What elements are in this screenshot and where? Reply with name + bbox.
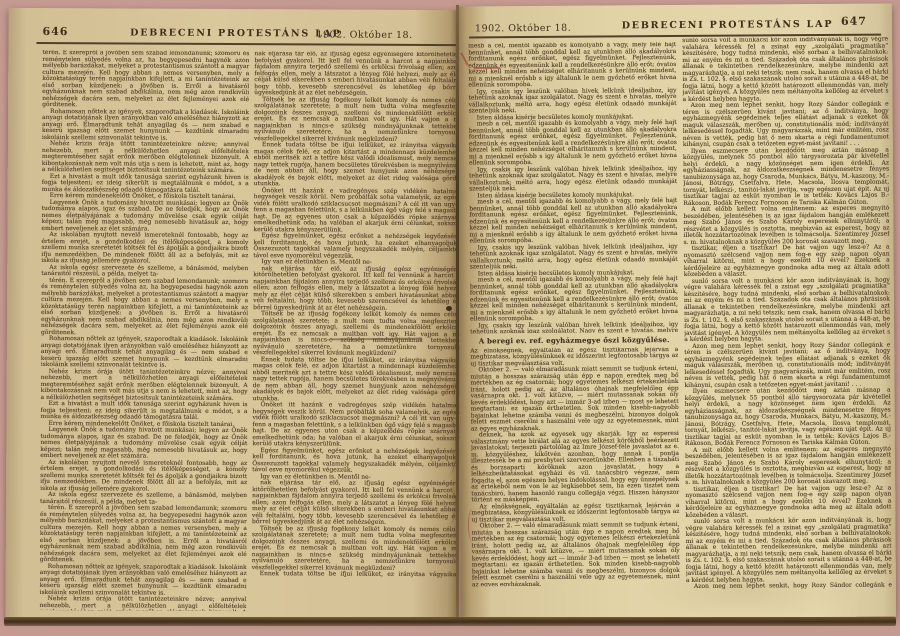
body-paragraph: Ilyen eszmecsere után kezdődött meg aztá… xyxy=(683,147,889,207)
body-paragraph: térén. E szerepről a jövőben sem szabad … xyxy=(41,277,248,337)
body-paragraph: térén. E szerepről a jövőben sem szabad … xyxy=(40,505,247,565)
body-paragraph: Nehéz krizis órája ütött tanintézeteinkr… xyxy=(41,368,248,402)
body-paragraph: mesb a cél, mentől igazabb és komolyabb … xyxy=(469,198,677,245)
body-paragraph: Igy, csakis igy leszünk valóban hivek le… xyxy=(470,243,678,270)
body-paragraph: Ennek tudata töltse be ifjui lelküket, e… xyxy=(252,571,459,578)
body-paragraph: Nehéz krizis órája ütött tanintézeteinkr… xyxy=(39,596,246,611)
left-page-column-1: térén. E szerepről a jövőben sem szabad … xyxy=(39,50,249,611)
body-paragraph: Legyenek Önök a tudomány hivatott munkás… xyxy=(41,199,248,233)
page-edge-shadow xyxy=(4,617,896,626)
section-heading: A beregi ev. ref. egyházmegye őszi közgy… xyxy=(470,337,678,345)
book-gutter xyxy=(456,5,459,619)
body-paragraph: nak eljárása tár elő, az ifjuság egész e… xyxy=(252,480,459,527)
right-page: 1902. Október 18. DEBRECENI PROTESTÁNS L… xyxy=(457,3,896,619)
body-paragraph: Az iskolában nyujtott nevelő ismeretekné… xyxy=(40,459,247,493)
header-rule-left xyxy=(36,42,458,46)
journal-title-right: DEBRECENI PROTESTÁNS LAP xyxy=(605,19,850,32)
body-paragraph: tisztikar, éljen a tisztikar! De hát vaj… xyxy=(684,245,890,279)
body-paragraph: mesb a cél, mentől igazabb és komolyabb … xyxy=(468,42,676,89)
body-paragraph: deknek, ha azok az egyesek ugy akarják. … xyxy=(471,431,679,504)
body-paragraph: Igy, csakis igy leszünk valóban hivek le… xyxy=(469,165,677,192)
body-paragraph: sunló sorsa volt a munkácsi kör azon ind… xyxy=(682,37,888,103)
right-page-number: 647 xyxy=(841,15,867,28)
body-paragraph: Igy, csakis igy leszünk valóban hivek le… xyxy=(470,321,678,333)
right-col1-bottom-text: Az elnökségnek, egyáltalán az egész tisz… xyxy=(470,346,680,585)
body-paragraph: Rohamosan nőttek az igények, szaporodtak… xyxy=(41,336,248,370)
body-paragraph: Ilyen eszmecsere után kezdődött meg aztá… xyxy=(685,388,891,448)
body-paragraph: Igy, csakis igy leszünk valóban hivek le… xyxy=(468,87,676,114)
body-paragraph: térén. E szerepről a jövőben sem szabad … xyxy=(42,50,249,110)
body-paragraph: Október 2. — való elmaradásunk miatt sem… xyxy=(471,522,679,586)
left-page-column-2: nak eljárása tár elő, az ifjuság egész e… xyxy=(252,51,462,578)
scanned-book-spread: { "publication": { "title": "DEBRECENI P… xyxy=(0,0,900,636)
body-paragraph: Töltsék be az ifjuság fogékony lelkét ko… xyxy=(254,97,461,144)
body-paragraph: Ezt a hivatást a mult idők tanusága szer… xyxy=(40,401,247,422)
body-paragraph: Töltsék be az ifjuság fogékony lelkét ko… xyxy=(252,526,459,573)
body-paragraph: Önöket itt hazánk e vadregényes szép vid… xyxy=(253,188,460,235)
body-paragraph: Azon meg nem lephet senkit, hogy Rozy Sá… xyxy=(686,583,892,590)
body-paragraph: Ezt a hivatást a mult idők tanusága szer… xyxy=(42,173,249,194)
body-paragraph: Egész figyelmünket, egész erőnket a nehé… xyxy=(253,233,460,260)
body-paragraph: nak eljárása tár elő, az ifjuság egész e… xyxy=(253,266,460,313)
body-paragraph: Október 2. — való elmaradásunk miatt sem… xyxy=(470,366,678,432)
right-page-column-2: sunló sorsa volt a munkácsi kör azon ind… xyxy=(682,37,892,590)
left-page: 646 DEBRECENI PROTESTÁNS LAP 1902. Októb… xyxy=(5,8,459,620)
body-paragraph: sunló sorsa volt a munkácsi kör azon ind… xyxy=(684,277,890,343)
body-paragraph: Töltsék be az ifjuság fogékony lelkét ko… xyxy=(253,311,460,358)
body-paragraph: Nehéz krizis órája ütött tanintézeteinkr… xyxy=(42,141,249,175)
body-paragraph: A mit előbb kellett volna emlitenem: az … xyxy=(683,206,889,246)
body-paragraph: A mit előbb kellett volna emlitenem: az … xyxy=(685,446,891,486)
issue-date-right: 1902. Október 18. xyxy=(475,23,571,35)
body-paragraph: Ennek tudata töltse be ifjui lelküket, e… xyxy=(254,142,461,189)
body-paragraph: sunló sorsa volt a munkácsi kör azon ind… xyxy=(685,518,891,584)
right-page-column-1: mesb a cél, mentől igazabb és komolyabb … xyxy=(468,42,680,591)
body-paragraph: mesb a cél, mentől igazabb és komolyabb … xyxy=(470,276,678,323)
body-paragraph: Legyenek Önök a tudomány hivatott munkás… xyxy=(40,427,247,461)
issue-date-left: 1902. Október 18. xyxy=(316,29,412,41)
body-paragraph: Egész figyelmünket, egész erőnket a nehé… xyxy=(252,448,459,475)
body-paragraph: Azon meg nem lephet senkit, hogy Rozy Sá… xyxy=(684,342,890,389)
body-paragraph: Önöket itt hazánk e vadregényes szép vid… xyxy=(252,402,459,449)
body-paragraph: Azon meg nem lephet senkit, hogy Rozy Sá… xyxy=(683,102,889,149)
body-paragraph: mesb a cél, mentől igazabb és komolyabb … xyxy=(469,120,677,167)
left-page-number: 646 xyxy=(42,25,68,38)
body-paragraph: Ennek tudata töltse be ifjui lelküket, e… xyxy=(253,357,460,404)
right-col1-top-text: mesb a cél, mentől igazabb és komolyabb … xyxy=(468,42,678,333)
body-paragraph: nak eljárása tár elő, az ifjuság egész e… xyxy=(254,51,461,98)
body-paragraph: Az iskolában nyujtott nevelő ismeretekné… xyxy=(41,232,248,266)
body-paragraph: Rohamosan nőttek az igények, szaporodtak… xyxy=(42,109,249,143)
body-paragraph: tisztikar, éljen a tisztikar! De hát vaj… xyxy=(685,485,891,519)
body-paragraph: Rohamosan nőttek az igények, szaporodtak… xyxy=(40,563,247,597)
